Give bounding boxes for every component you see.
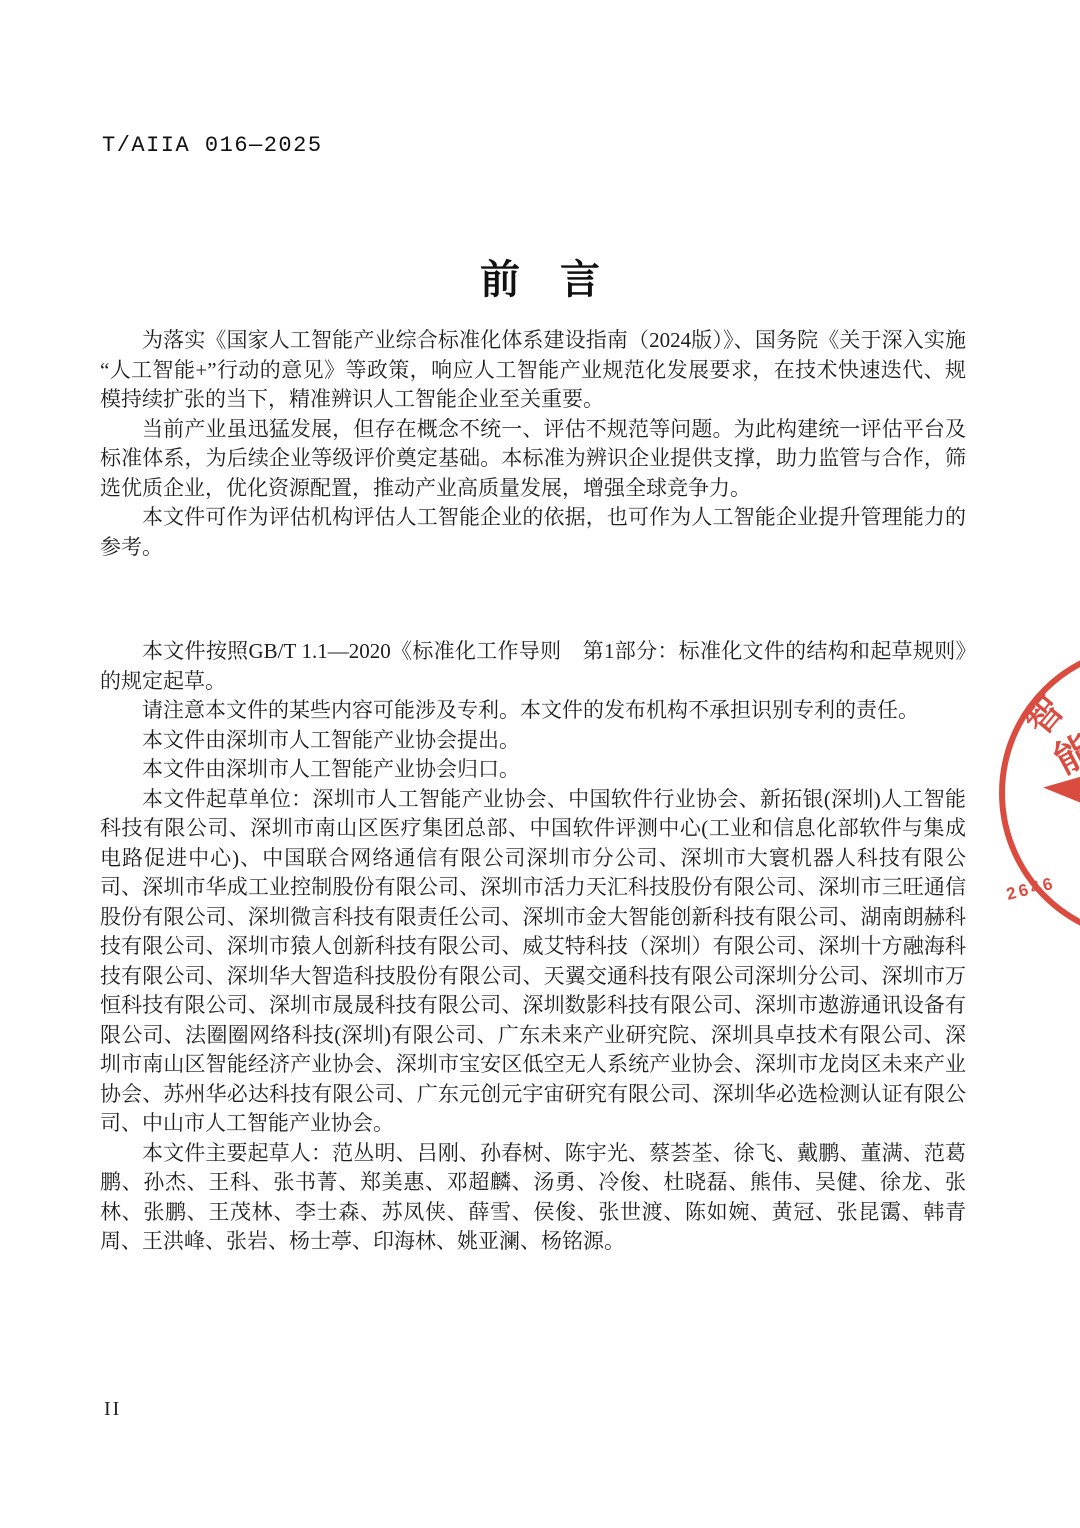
paragraph-drafting-organizations: 本文件起草单位：深圳市人工智能产业协会、中国软件行业协会、新拓银(深圳)人工智能… bbox=[100, 785, 966, 1139]
seal-char-2: 能 bbox=[1048, 727, 1080, 783]
paragraph-main-drafters: 本文件主要起草人：范丛明、吕刚、孙春树、陈宇光、蔡荟荃、徐飞、戴鹏、董满、范葛鹏… bbox=[100, 1139, 966, 1257]
paragraph-industry-status: 当前产业虽迅猛发展，但存在概念不统一、评估不规范等问题。为此构建统一评估平台及标… bbox=[100, 415, 966, 504]
red-seal-stamp: 智 能 2646 bbox=[996, 638, 1080, 940]
standard-number: T/AIIA 016—2025 bbox=[102, 133, 323, 158]
seal-star-icon bbox=[1024, 666, 1080, 901]
document-page: T/AIIA 016—2025 前 言 为落实《国家人工智能产业综合标准化体系建… bbox=[0, 0, 1080, 1528]
seal-serial-number: 2646 bbox=[1004, 873, 1057, 903]
foreword-body: 为落实《国家人工智能产业综合标准化体系建设指南（2024版）》、国务院《关于深入… bbox=[100, 326, 966, 1257]
paragraph-proposed-by: 本文件由深圳市人工智能产业协会提出。 bbox=[100, 726, 966, 756]
paragraph-managed-by: 本文件由深圳市人工智能产业协会归口。 bbox=[100, 755, 966, 785]
seal-icon: 智 能 2646 bbox=[996, 638, 1080, 940]
page-number: II bbox=[104, 1398, 121, 1421]
paragraph-document-usage: 本文件可作为评估机构评估人工智能企业的依据，也可作为人工智能企业提升管理能力的参… bbox=[100, 503, 966, 562]
page-title: 前 言 bbox=[0, 248, 1080, 305]
paragraph-patent-notice: 请注意本文件的某些内容可能涉及专利。本文件的发布机构不承担识别专利的责任。 bbox=[100, 696, 966, 726]
seal-char-1: 智 bbox=[1017, 688, 1072, 742]
paragraph-drafting-rules: 本文件按照GB/T 1.1—2020《标准化工作导则 第1部分：标准化文件的结构… bbox=[100, 637, 966, 696]
paragraph-policy-background: 为落实《国家人工智能产业综合标准化体系建设指南（2024版）》、国务院《关于深入… bbox=[100, 326, 966, 415]
